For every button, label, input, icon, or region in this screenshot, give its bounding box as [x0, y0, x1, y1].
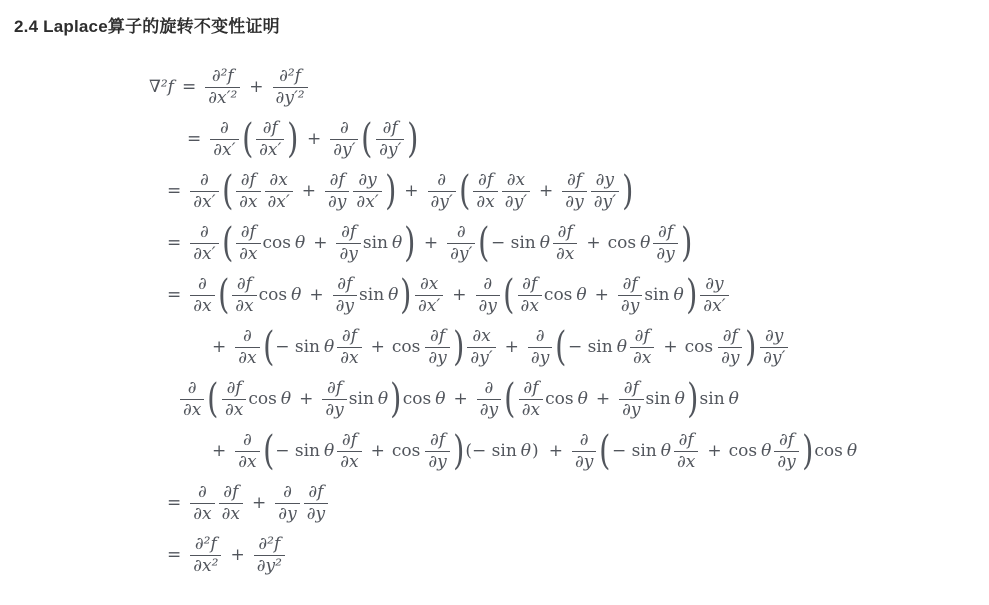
math-operator: +: [424, 233, 438, 253]
math-fraction: ∂f∂x: [674, 430, 698, 472]
math-fraction: ∂f∂y: [774, 430, 798, 472]
math-operator: =: [187, 129, 201, 149]
math-operator: +: [586, 233, 600, 253]
math-operator: =: [167, 233, 181, 253]
math-text: cos: [814, 441, 842, 461]
equation-line: =∂∂x(∂f∂xcosθ+∂f∂ysinθ)∂x∂x′+∂∂y(∂f∂xcos…: [0, 269, 989, 321]
math-fraction: ∂∂x: [235, 430, 259, 472]
math-fraction: ∂∂x: [190, 482, 214, 524]
math-operator: +: [307, 129, 321, 149]
equation-line: =∂∂x′(∂f∂x′)+∂∂y′(∂f∂y′): [0, 113, 989, 165]
math-operator: +: [252, 493, 266, 513]
math-fraction: ∂²f∂y′²: [273, 66, 308, 108]
math-fraction: ∂f∂x: [232, 274, 256, 316]
math-fraction: ∂f∂x: [473, 170, 497, 212]
math-fraction: ∂f∂x: [222, 378, 246, 420]
math-operator: +: [302, 181, 316, 201]
math-fraction: ∂y∂x′: [700, 274, 728, 316]
math-text: − sin: [275, 441, 320, 461]
math-fraction: ∂f∂y: [325, 170, 349, 212]
math-fraction: ∂x∂x′: [265, 170, 293, 212]
math-fraction: ∂y∂y′: [591, 170, 619, 212]
math-fraction: ∂∂y: [477, 378, 501, 420]
math-operator: +: [299, 389, 313, 409]
math-fraction: ∂f∂y: [562, 170, 586, 212]
open-paren: (: [600, 431, 611, 471]
math-operator: +: [309, 285, 323, 305]
math-text: cos: [263, 233, 291, 253]
math-text: θ: [324, 441, 334, 461]
open-paren: (: [503, 275, 514, 315]
math-text: cos: [608, 233, 636, 253]
math-fraction: ∂f∂x: [519, 378, 543, 420]
open-paren: (: [556, 327, 567, 367]
math-fraction: ∂f∂x: [236, 170, 260, 212]
math-operator: +: [212, 337, 226, 357]
open-paren: (: [222, 223, 233, 263]
equation-line: +∂∂x(− sinθ∂f∂x+cos∂f∂y)(− sinθ)+∂∂y(− s…: [0, 425, 989, 477]
math-operator: +: [230, 545, 244, 565]
math-fraction: ∂f∂x: [337, 326, 361, 368]
math-text: − sin: [491, 233, 536, 253]
math-text: sin: [363, 233, 388, 253]
math-fraction: ∂f∂y: [619, 378, 643, 420]
open-paren: (: [263, 327, 274, 367]
math-fraction: ∂f∂y: [718, 326, 742, 368]
math-text: θ: [281, 389, 291, 409]
math-fraction: ∂²f∂x²: [190, 534, 221, 576]
close-paren: ): [288, 119, 299, 159]
math-text: θ: [378, 389, 388, 409]
math-text: sin: [700, 389, 725, 409]
math-block: ∇²f=∂²f∂x′²+∂²f∂y′²=∂∂x′(∂f∂x′)+∂∂y′(∂f∂…: [0, 61, 989, 581]
math-text: θ: [388, 285, 398, 305]
math-fraction: ∂f∂y: [425, 326, 449, 368]
math-fraction: ∂f∂x: [337, 430, 361, 472]
math-text: θ: [324, 337, 334, 357]
math-operator: +: [454, 389, 468, 409]
math-fraction: ∂x∂y′: [502, 170, 530, 212]
close-paren: ): [390, 379, 401, 419]
math-text: θ: [291, 285, 301, 305]
math-text: θ: [540, 233, 550, 253]
math-operator: =: [182, 77, 196, 97]
math-fraction: ∂∂y′: [428, 170, 456, 212]
math-operator: =: [167, 285, 181, 305]
math-text: θ: [578, 389, 588, 409]
math-text: cos: [259, 285, 287, 305]
math-fraction: ∂∂x′: [190, 222, 218, 264]
math-text: cos: [403, 389, 431, 409]
math-fraction: ∂x∂x′: [415, 274, 443, 316]
math-text: − sin: [568, 337, 613, 357]
math-operator: +: [707, 441, 721, 461]
math-operator: +: [539, 181, 553, 201]
open-paren: (: [218, 275, 229, 315]
math-fraction: ∂∂y: [528, 326, 552, 368]
equation-line: =∂∂x′(∂f∂xcosθ+∂f∂ysinθ)+∂∂y′(− sinθ∂f∂x…: [0, 217, 989, 269]
math-fraction: ∂²f∂y²: [254, 534, 285, 576]
math-fraction: ∂x∂y′: [467, 326, 495, 368]
math-text: ∇²f: [149, 77, 174, 97]
equation-line: ∇²f=∂²f∂x′²+∂²f∂y′²: [0, 61, 989, 113]
math-operator: +: [452, 285, 466, 305]
math-fraction: ∂∂x: [235, 326, 259, 368]
close-paren: ): [385, 171, 396, 211]
open-paren: (: [242, 119, 253, 159]
math-fraction: ∂∂y′: [330, 118, 358, 160]
close-paren: ): [453, 327, 464, 367]
equation-line: =∂²f∂x²+∂²f∂y²: [0, 529, 989, 581]
close-paren: ): [404, 223, 415, 263]
math-operator: =: [167, 493, 181, 513]
close-paren: ): [802, 431, 813, 471]
math-text: − sin: [275, 337, 320, 357]
close-paren: ): [687, 379, 698, 419]
math-fraction: ∂f∂y: [425, 430, 449, 472]
math-fraction: ∂∂x′: [190, 170, 218, 212]
open-paren: (: [362, 119, 373, 159]
math-fraction: ∂f∂x: [219, 482, 243, 524]
math-fraction: ∂²f∂x′²: [205, 66, 240, 108]
math-text: θ: [673, 285, 683, 305]
math-fraction: ∂∂x: [190, 274, 214, 316]
math-fraction: ∂∂x: [180, 378, 204, 420]
equation-line: +∂∂x(− sinθ∂f∂x+cos∂f∂y)∂x∂y′+∂∂y(− sinθ…: [0, 321, 989, 373]
math-text: θ: [521, 441, 531, 461]
math-operator: +: [549, 441, 563, 461]
equation-line: =∂∂x∂f∂x+∂∂y∂f∂y: [0, 477, 989, 529]
math-operator: +: [313, 233, 327, 253]
math-text: cos: [392, 441, 420, 461]
math-operator: +: [404, 181, 418, 201]
math-text: cos: [729, 441, 757, 461]
math-fraction: ∂f∂x: [518, 274, 542, 316]
math-text: θ: [761, 441, 771, 461]
math-text: θ: [617, 337, 627, 357]
math-text: sin: [359, 285, 384, 305]
open-paren: (: [208, 379, 219, 419]
math-operator: +: [249, 77, 263, 97]
math-text: cos: [685, 337, 713, 357]
open-paren: (: [459, 171, 470, 211]
math-text: cos: [392, 337, 420, 357]
math-text: θ: [295, 233, 305, 253]
math-operator: +: [371, 441, 385, 461]
math-text: θ: [847, 441, 857, 461]
math-fraction: ∂f∂y: [653, 222, 677, 264]
math-text: cos: [248, 389, 276, 409]
math-text: θ: [661, 441, 671, 461]
close-paren: ): [681, 223, 692, 263]
math-fraction: ∂∂x′: [210, 118, 238, 160]
math-operator: +: [596, 389, 610, 409]
math-operator: +: [212, 441, 226, 461]
close-paren: ): [453, 431, 464, 471]
math-fraction: ∂f∂x: [553, 222, 577, 264]
math-text: sin: [349, 389, 374, 409]
math-fraction: ∂f∂y′: [376, 118, 404, 160]
open-paren: (: [504, 379, 515, 419]
math-fraction: ∂f∂x: [630, 326, 654, 368]
math-fraction: ∂∂y: [275, 482, 299, 524]
math-fraction: ∂y∂y′: [760, 326, 788, 368]
open-paren: (: [479, 223, 490, 263]
close-paren: ): [686, 275, 697, 315]
math-text: sin: [646, 389, 671, 409]
close-paren: ): [401, 275, 412, 315]
math-fraction: ∂f∂y: [336, 222, 360, 264]
math-text: θ: [392, 233, 402, 253]
math-fraction: ∂f∂y: [304, 482, 328, 524]
math-text: cos: [544, 285, 572, 305]
math-fraction: ∂∂y: [476, 274, 500, 316]
math-text: cos: [545, 389, 573, 409]
math-text: θ: [640, 233, 650, 253]
open-paren: (: [222, 171, 233, 211]
math-operator: +: [595, 285, 609, 305]
math-text: θ: [675, 389, 685, 409]
math-text: θ: [576, 285, 586, 305]
math-fraction: ∂∂y′: [447, 222, 475, 264]
math-operator: +: [505, 337, 519, 357]
math-fraction: ∂f∂y: [333, 274, 357, 316]
math-text: θ: [435, 389, 445, 409]
math-text: θ: [729, 389, 739, 409]
equation-line: =∂∂x′(∂f∂x∂x∂x′+∂f∂y∂y∂x′)+∂∂y′(∂f∂x∂x∂y…: [0, 165, 989, 217]
equation-line: ∂∂x(∂f∂xcosθ+∂f∂ysinθ)cosθ+∂∂y(∂f∂xcosθ+…: [0, 373, 989, 425]
math-fraction: ∂∂y: [572, 430, 596, 472]
close-paren: ): [746, 327, 757, 367]
open-paren: (: [263, 431, 274, 471]
math-fraction: ∂f∂x: [236, 222, 260, 264]
math-operator: =: [167, 181, 181, 201]
math-operator: +: [371, 337, 385, 357]
close-paren: ): [622, 171, 633, 211]
math-fraction: ∂f∂y: [618, 274, 642, 316]
math-text: − sin: [612, 441, 657, 461]
math-fraction: ∂y∂x′: [353, 170, 381, 212]
math-fraction: ∂f∂y: [322, 378, 346, 420]
math-text: sin: [644, 285, 669, 305]
section-heading: 2.4 Laplace算子的旋转不变性证明: [14, 12, 989, 37]
math-operator: =: [167, 545, 181, 565]
math-text: (− sin: [465, 441, 516, 461]
math-operator: +: [663, 337, 677, 357]
math-text: ): [532, 441, 539, 461]
math-fraction: ∂f∂x′: [256, 118, 284, 160]
close-paren: ): [408, 119, 419, 159]
